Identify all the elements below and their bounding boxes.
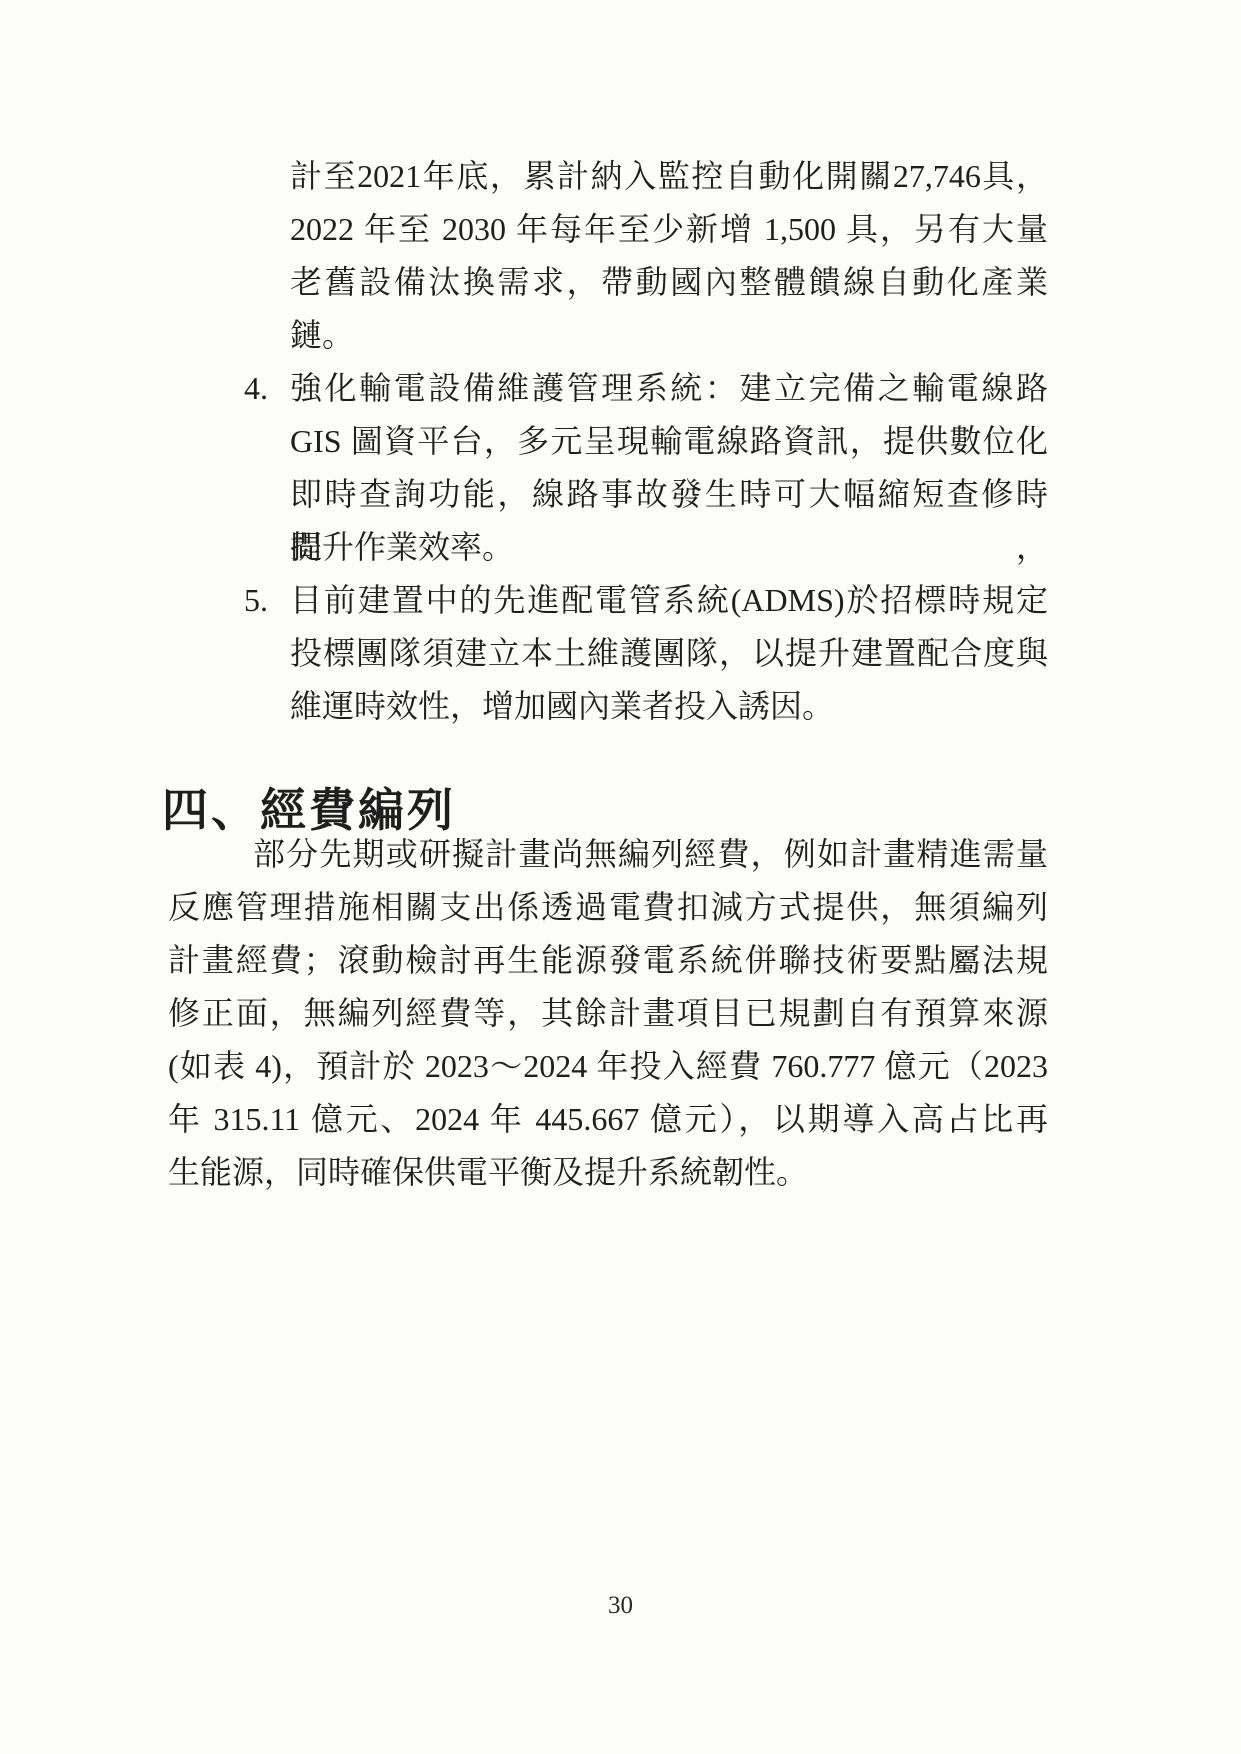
list-item-5: 5. 目前建置中的先進配電管系統(ADMS)於招標時規定 投標團隊須建立本土維護… bbox=[244, 574, 1048, 733]
list-item-text: 目前建置中的先進配電管系統(ADMS)於招標時規定 投標團隊須建立本土維護團隊，… bbox=[290, 574, 1048, 733]
text-line: 計畫經費；滾動檢討再生能源發電系統併聯技術要點屬法規 bbox=[168, 934, 1048, 987]
text-line: 維運時效性，增加國內業者投入誘因。 bbox=[290, 680, 1048, 733]
text-line: 即時查詢功能，線路事故發生時可大幅縮短查修時間， bbox=[290, 468, 1048, 521]
text-line: 計至2021年底，累計納入監控自動化開關27,746具， bbox=[290, 150, 1048, 203]
text-line: GIS 圖資平台，多元呈現輸電線路資訊，提供數位化 bbox=[290, 415, 1048, 468]
text-line: 年 315.11 億元、2024 年 445.667 億元），以期導入高占比再 bbox=[168, 1093, 1048, 1146]
text-line: 目前建置中的先進配電管系統(ADMS)於招標時規定 bbox=[290, 574, 1048, 627]
list-item-text: 強化輸電設備維護管理系統：建立完備之輸電線路 GIS 圖資平台，多元呈現輸電線路… bbox=[290, 362, 1048, 574]
text-line: 投標團隊須建立本土維護團隊，以提升建置配合度與 bbox=[290, 627, 1048, 680]
text-line: 2022 年至 2030 年每年至少新增 1,500 具，另有大量 bbox=[290, 203, 1048, 256]
text-line: 修正面，無編列經費等，其餘計畫項目已規劃自有預算來源 bbox=[168, 987, 1048, 1040]
list-item-number: 5. bbox=[244, 574, 268, 627]
text-line: 反應管理措施相關支出係透過電費扣減方式提供，無須編列 bbox=[168, 881, 1048, 934]
text-line: 老舊設備汰換需求，帶動國內整體饋線自動化產業 bbox=[290, 256, 1048, 309]
document-page: 計至2021年底，累計納入監控自動化開關27,746具， 2022 年至 203… bbox=[0, 0, 1241, 1754]
continuation-paragraph: 計至2021年底，累計納入監控自動化開關27,746具， 2022 年至 203… bbox=[290, 150, 1048, 362]
text-line: 部分先期或研擬計畫尚無編列經費，例如計畫精進需量 bbox=[168, 828, 1048, 881]
page-number: 30 bbox=[0, 1592, 1241, 1620]
text-line: 強化輸電設備維護管理系統：建立完備之輸電線路 bbox=[290, 362, 1048, 415]
text-line: 生能源，同時確保供電平衡及提升系統韌性。 bbox=[168, 1146, 1048, 1199]
funding-paragraph: 部分先期或研擬計畫尚無編列經費，例如計畫精進需量 反應管理措施相關支出係透過電費… bbox=[168, 828, 1048, 1199]
text-line: 鏈。 bbox=[290, 309, 1048, 362]
list-item-4: 4. 強化輸電設備維護管理系統：建立完備之輸電線路 GIS 圖資平台，多元呈現輸… bbox=[244, 362, 1048, 574]
list-item-number: 4. bbox=[244, 362, 268, 415]
text-line: (如表 4)，預計於 2023～2024 年投入經費 760.777 億元（20… bbox=[168, 1040, 1048, 1093]
